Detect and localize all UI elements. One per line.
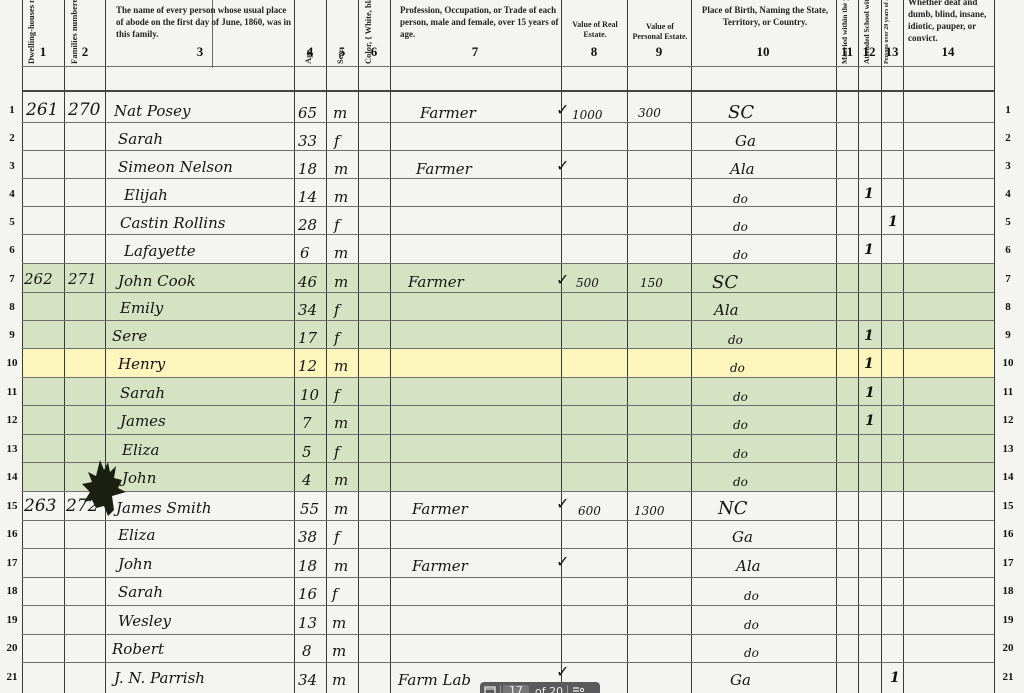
- sex: m: [334, 500, 348, 518]
- column-number: 2: [70, 44, 100, 60]
- line-number: 17: [998, 557, 1018, 569]
- family-number: 271: [68, 270, 97, 288]
- sex: m: [334, 357, 348, 375]
- line-number: 18: [2, 585, 22, 597]
- birthplace: do: [733, 248, 748, 262]
- line-number: 8: [998, 301, 1018, 313]
- birthplace: Ala: [714, 301, 739, 319]
- line-number: 21: [2, 671, 22, 683]
- real-estate-value: 1000: [572, 108, 603, 122]
- sex: f: [334, 216, 340, 234]
- person-name: James Smith: [116, 499, 212, 517]
- attended-school-mark: 1: [864, 242, 874, 258]
- real-estate-value: 600: [578, 504, 601, 518]
- line-number: 3: [998, 160, 1018, 172]
- check-mark-icon: ✓: [556, 494, 569, 513]
- person-name: Robert: [112, 640, 164, 658]
- line-number: 14: [2, 471, 22, 483]
- person-name: Eliza: [118, 526, 155, 544]
- person-name: Eliza: [122, 441, 159, 459]
- list-icon[interactable]: [568, 682, 588, 693]
- birthplace: do: [733, 390, 748, 404]
- check-mark-icon: ✓: [556, 552, 569, 571]
- age: 4: [302, 471, 312, 489]
- occupation: Farmer: [416, 160, 472, 178]
- column-number: 6: [359, 44, 389, 60]
- personal-estate-value: 1300: [634, 504, 665, 518]
- header-col8: Value of Real Estate.: [565, 20, 625, 40]
- sex: m: [333, 104, 347, 122]
- sex: m: [334, 273, 348, 291]
- check-mark-icon: ✓: [556, 100, 569, 119]
- line-number: 15: [2, 500, 22, 512]
- check-mark-icon: ✓: [556, 270, 569, 289]
- age: 13: [298, 614, 317, 632]
- page-number-input[interactable]: 17: [503, 685, 529, 693]
- occupation: Farmer: [408, 273, 464, 291]
- line-number: 20: [998, 642, 1018, 654]
- person-name: Castin Rollins: [120, 214, 225, 232]
- birthplace: SC: [728, 102, 754, 123]
- column-number: 1: [28, 44, 58, 60]
- age: 7: [302, 414, 312, 432]
- sex: m: [334, 160, 348, 178]
- sex: f: [334, 301, 340, 319]
- dwelling-number: 262: [24, 270, 53, 288]
- occupation: Farmer: [420, 104, 476, 122]
- column-number: 14: [933, 44, 963, 60]
- birthplace: do: [733, 475, 748, 489]
- age: 5: [302, 443, 312, 461]
- dwelling-number: 263: [24, 496, 56, 516]
- header-col10: Place of Birth, Naming the State, Territ…: [696, 4, 834, 28]
- sex: f: [334, 386, 340, 404]
- line-number: 13: [998, 443, 1018, 455]
- line-number: 2: [2, 132, 22, 144]
- birthplace: do: [744, 618, 759, 632]
- age: 65: [298, 104, 317, 122]
- page-icon[interactable]: [480, 682, 500, 693]
- birthplace: NC: [718, 498, 748, 519]
- personal-estate-value: 300: [638, 106, 661, 120]
- birthplace: Ala: [736, 557, 761, 575]
- column-number: 4: [295, 44, 325, 60]
- person-name: J. N. Parrish: [114, 669, 205, 687]
- birthplace: do: [728, 333, 743, 347]
- attended-school-mark: 1: [864, 328, 874, 344]
- column-number: 10: [748, 44, 778, 60]
- age: 10: [300, 386, 319, 404]
- birthplace: do: [733, 220, 748, 234]
- line-number: 5: [998, 216, 1018, 228]
- age: 28: [298, 216, 317, 234]
- viewer-toolbar: 17 of 20: [480, 682, 600, 693]
- line-number: 10: [2, 357, 22, 369]
- sex: m: [332, 614, 346, 632]
- line-number: 13: [2, 443, 22, 455]
- birthplace: Ala: [730, 160, 755, 178]
- attended-school-mark: 1: [865, 413, 875, 429]
- column-number: 7: [460, 44, 490, 60]
- line-number: 10: [998, 357, 1018, 369]
- illiterate-mark: 1: [888, 214, 898, 230]
- line-number: 1: [998, 104, 1018, 116]
- attended-school-mark: 1: [864, 186, 874, 202]
- person-name: Henry: [118, 355, 165, 373]
- line-number: 15: [998, 500, 1018, 512]
- person-name: John: [118, 555, 152, 573]
- line-number: 11: [998, 386, 1018, 398]
- age: 16: [298, 585, 317, 603]
- check-mark-icon: ✓: [556, 662, 569, 681]
- dwelling-number: 261: [26, 100, 58, 120]
- sex: m: [334, 188, 348, 206]
- page-total: of 20: [531, 682, 567, 693]
- person-name: Sarah: [118, 130, 163, 148]
- check-mark-icon: ✓: [556, 156, 569, 175]
- age: 33: [298, 132, 317, 150]
- birthplace: do: [733, 418, 748, 432]
- age: 34: [298, 671, 317, 689]
- sex: m: [334, 471, 348, 489]
- age: 17: [298, 329, 317, 347]
- attended-school-mark: 1: [864, 356, 874, 372]
- birthplace: do: [733, 192, 748, 206]
- birthplace: do: [744, 646, 759, 660]
- person-name: Sarah: [118, 583, 163, 601]
- line-number: 19: [998, 614, 1018, 626]
- line-number: 4: [998, 188, 1018, 200]
- line-number: 17: [2, 557, 22, 569]
- age: 34: [298, 301, 317, 319]
- line-number: 7: [2, 273, 22, 285]
- line-number: 18: [998, 585, 1018, 597]
- column-number: 8: [579, 44, 609, 60]
- sex: m: [334, 244, 348, 262]
- sex: f: [334, 132, 340, 150]
- header-col9: Value of Personal Estate.: [632, 22, 688, 42]
- sex: f: [334, 528, 340, 546]
- sex: m: [332, 671, 346, 689]
- selected-row-highlight[interactable]: [22, 348, 994, 377]
- column-number: 9: [644, 44, 674, 60]
- sex: f: [334, 443, 340, 461]
- occupation: Farmer: [412, 557, 468, 575]
- family-number: 270: [68, 100, 100, 120]
- birthplace: SC: [712, 272, 738, 293]
- sex: f: [332, 585, 338, 603]
- person-name: James: [120, 412, 166, 430]
- line-number: 5: [2, 216, 22, 228]
- person-name: Sere: [112, 327, 147, 345]
- age: 18: [298, 557, 317, 575]
- age: 6: [300, 244, 310, 262]
- line-number: 6: [2, 244, 22, 256]
- birthplace: Ga: [732, 528, 753, 546]
- line-number: 4: [2, 188, 22, 200]
- person-name: Sarah: [120, 384, 165, 402]
- ink-blot: [82, 458, 128, 516]
- person-name: Elijah: [124, 186, 168, 204]
- column-number: 5: [327, 44, 357, 60]
- birthplace: Ga: [735, 132, 756, 150]
- age: 8: [302, 642, 312, 660]
- header-col3: The name of every person whose usual pla…: [116, 4, 291, 40]
- line-number: 16: [2, 528, 22, 540]
- birthplace: Ga: [730, 671, 751, 689]
- age: 55: [300, 500, 319, 518]
- line-number: 6: [998, 244, 1018, 256]
- sex: f: [334, 329, 340, 347]
- census-page-image[interactable]: Dwelling-houses numbered in the order of…: [0, 0, 1024, 693]
- line-number: 12: [998, 414, 1018, 426]
- line-number: 3: [2, 160, 22, 172]
- line-number: 19: [2, 614, 22, 626]
- occupation: Farm Lab: [398, 671, 471, 689]
- sex: m: [334, 557, 348, 575]
- line-number: 12: [2, 414, 22, 426]
- birthplace: do: [744, 589, 759, 603]
- line-number: 9: [998, 329, 1018, 341]
- occupation: Farmer: [412, 500, 468, 518]
- attended-school-mark: 1: [865, 385, 875, 401]
- age: 12: [298, 357, 317, 375]
- birthplace: do: [730, 361, 745, 375]
- line-number: 7: [998, 273, 1018, 285]
- sex: m: [332, 642, 346, 660]
- line-number: 9: [2, 329, 22, 341]
- illiterate-mark: 1: [890, 670, 900, 686]
- person-name: Wesley: [118, 612, 171, 630]
- age: 38: [298, 528, 317, 546]
- age: 18: [298, 160, 317, 178]
- age: 46: [298, 273, 317, 291]
- line-number: 14: [998, 471, 1018, 483]
- line-number: 2: [998, 132, 1018, 144]
- column-number: 13: [877, 44, 907, 60]
- header-col7: Profession, Occupation, or Trade of each…: [400, 4, 560, 40]
- line-number: 11: [2, 386, 22, 398]
- column-number: 3: [185, 44, 215, 60]
- line-number: 16: [998, 528, 1018, 540]
- line-number: 21: [998, 671, 1018, 683]
- sex: m: [334, 414, 348, 432]
- birthplace: do: [733, 447, 748, 461]
- line-number: 8: [2, 301, 22, 313]
- person-name: Simeon Nelson: [118, 158, 233, 176]
- header-col14: Whether deaf and dumb, blind, insane, id…: [908, 0, 994, 44]
- person-name: Emily: [120, 299, 163, 317]
- age: 14: [298, 188, 317, 206]
- line-number: 1: [2, 104, 22, 116]
- person-name: Nat Posey: [114, 102, 190, 120]
- person-name: John Cook: [118, 272, 196, 290]
- real-estate-value: 500: [576, 276, 599, 290]
- person-name: Lafayette: [124, 242, 196, 260]
- line-number: 20: [2, 642, 22, 654]
- personal-estate-value: 150: [640, 276, 663, 290]
